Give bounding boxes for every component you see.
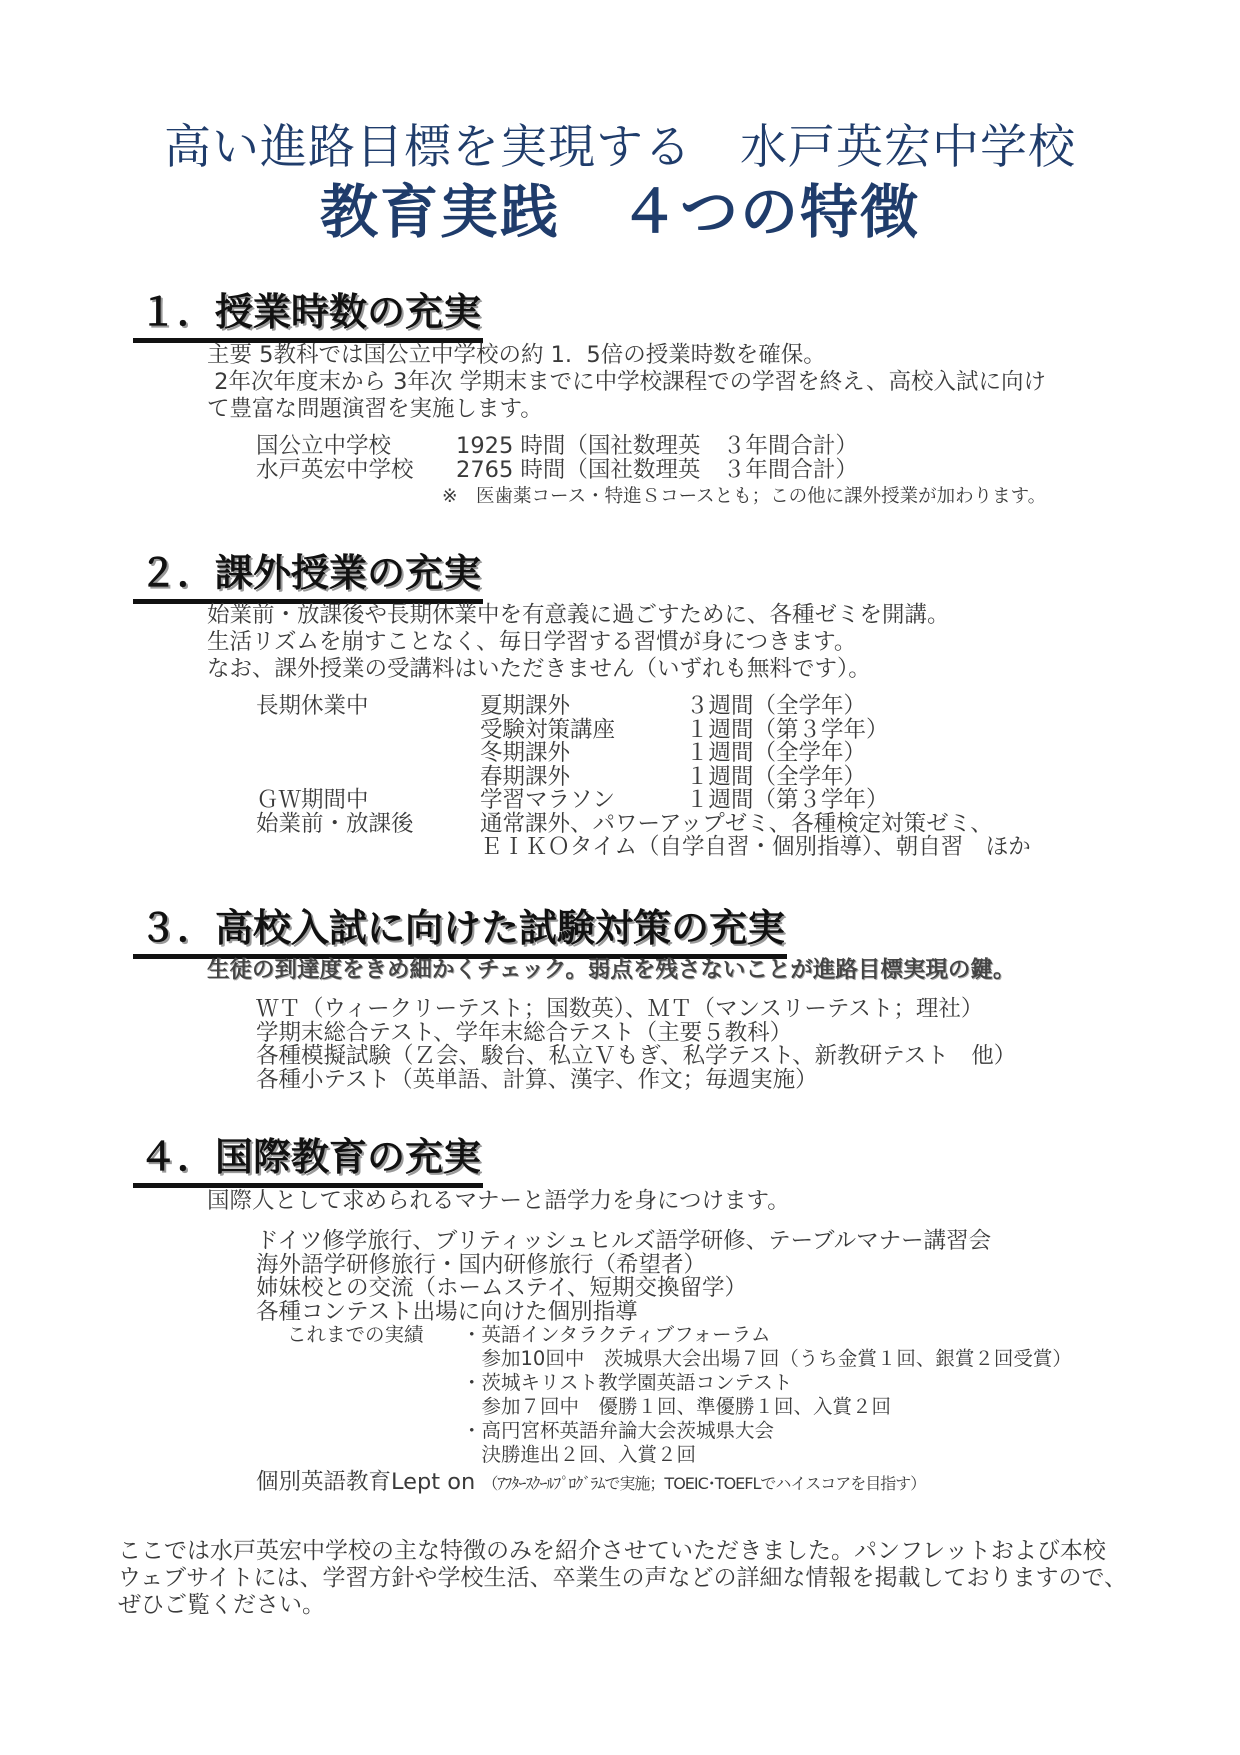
program: ＥＩＫＯタイム（自学自習・個別指導）、朝自習 ほか	[480, 836, 1031, 860]
section-1-lead-3: て豊富な問題演習を実施します。	[207, 397, 543, 422]
section-2-lead-2: 生活リズムを崩すことなく、毎日学習する習慣が身につきます。	[207, 630, 856, 655]
duration: １週間（第３学年）	[686, 719, 889, 743]
period: 始業前・放課後	[256, 813, 480, 837]
period: ＧＷ期間中	[256, 789, 480, 813]
hours-value: 1925 時間（国社数理英 ３年間合計）	[456, 435, 858, 459]
duration: １週間（全学年）	[686, 766, 866, 790]
school-name: 国公立中学校	[256, 435, 456, 459]
extracurricular-schedule: 長期休業中夏期課外３週間（全学年） 受験対策講座１週間（第３学年） 冬期課外１週…	[256, 695, 1031, 860]
schedule-row: 受験対策講座１週間（第３学年）	[256, 719, 1031, 743]
achievements: これまでの実績・英語インタラクティブフォーラム 参加10回中 茨城県大会出場７回…	[287, 1323, 1072, 1467]
achievement-line: 参加７回中 優勝１回、準優勝１回、入賞２回	[462, 1395, 891, 1419]
list-item: 姉妹校との交流（ホームステイ、短期交換留学）	[256, 1277, 991, 1301]
list-item: 各種模擬試験（Ｚ会、駿台、私立Ｖもぎ、私学テスト、新教研テスト 他）	[256, 1045, 1016, 1069]
section-2-lead-3: なお、課外授業の受講料はいただきません（いずれも無料です）。	[207, 657, 871, 682]
section-1-lead-1: 主要 5教科では国公立中学校の約 1. 5倍の授業時数を確保。	[207, 343, 826, 368]
program: 学習マラソン	[480, 789, 686, 813]
test-list: ＷＴ（ウィークリーテスト；国数英）、ＭＴ（マンスリーテスト；理社） 学期末総合テ…	[256, 998, 1016, 1092]
school-name: 水戸英宏中学校	[256, 459, 456, 483]
list-item: 各種コンテスト出場に向けた個別指導	[256, 1301, 991, 1325]
section-4-heading: ４．国際教育の充実	[133, 1133, 483, 1188]
achievement-line: ・英語インタラクティブフォーラム	[462, 1323, 771, 1347]
section-3-heading: ３．高校入試に向けた試験対策の充実	[133, 904, 787, 959]
achievement-line: 決勝進出２回、入賞２回	[462, 1443, 696, 1467]
section-1-note: ※ 医歯薬コース・特進Ｓコースとも；この他に課外授業が加わります。	[442, 484, 1046, 509]
section-1-heading: １．授業時数の充実	[133, 288, 483, 343]
schedule-row: 春期課外１週間（全学年）	[256, 766, 1031, 790]
achievements-label: これまでの実績	[287, 1323, 462, 1347]
schedule-row: 長期休業中夏期課外３週間（全学年）	[256, 695, 1031, 719]
page-title-line2: 教育実践 ４つの特徴	[0, 176, 1240, 248]
lepton-main: 個別英語教育Lept on	[256, 1469, 475, 1495]
section-2-heading: ２．課外授業の充実	[133, 549, 483, 604]
period	[256, 766, 480, 790]
list-item: ＷＴ（ウィークリーテスト；国数英）、ＭＴ（マンスリーテスト；理社）	[256, 998, 1016, 1022]
list-item: 学期末総合テスト、学年末総合テスト（主要５教科）	[256, 1022, 1016, 1046]
section-3-lead: 生徒の到達度をきめ細かくチェック。弱点を残さないことが進路目標実現の鍵。	[207, 958, 1015, 983]
page-title-line1: 高い進路目標を実現する 水戸英宏中学校	[0, 118, 1240, 178]
closing-paragraph: ここでは水戸英宏中学校の主な特徴のみを紹介させていただきました。パンフレットおよ…	[118, 1538, 1128, 1619]
hours-value: 2765 時間（国社数理英 ３年間合計）	[456, 459, 858, 483]
schedule-row: ＥＩＫＯタイム（自学自習・個別指導）、朝自習 ほか	[256, 836, 1031, 860]
period	[256, 836, 480, 860]
period	[256, 742, 480, 766]
program: 通常課外、パワーアップゼミ、各種検定対策ゼミ、	[480, 813, 993, 837]
schedule-row: 始業前・放課後通常課外、パワーアップゼミ、各種検定対策ゼミ、	[256, 813, 1031, 837]
section-2-lead-1: 始業前・放課後や長期休業中を有意義に過ごすために、各種ゼミを開講。	[207, 603, 950, 628]
achievement-line: 参加10回中 茨城県大会出場７回（うち金賞１回、銀賞２回受賞）	[462, 1347, 1072, 1371]
lepton-detail: （ｱﾌﾀｰｽｸｰﾙﾌﾟﾛｸﾞﾗﾑで実施；TOEIC･TOEFLでハイスコアを目指…	[482, 1474, 925, 1493]
duration: ３週間（全学年）	[686, 695, 866, 719]
period	[256, 719, 480, 743]
program: 受験対策講座	[480, 719, 686, 743]
program: 冬期課外	[480, 742, 686, 766]
section-1-lead-2: 2年次年度末から 3年次 学期末までに中学校課程での学習を終え、高校入試に向け	[207, 370, 1046, 395]
achievement-line: ・茨城キリスト教学園英語コンテスト	[462, 1371, 792, 1395]
lepton-line: 個別英語教育Lept on （ｱﾌﾀｰｽｸｰﾙﾌﾟﾛｸﾞﾗﾑで実施；TOEIC･…	[256, 1470, 925, 1496]
program: 春期課外	[480, 766, 686, 790]
list-item: 各種小テスト（英単語、計算、漢字、作文；毎週実施）	[256, 1069, 1016, 1093]
list-item: 海外語学研修旅行・国内研修旅行（希望者）	[256, 1254, 991, 1278]
achievement-line: ・高円宮杯英語弁論大会茨城県大会	[462, 1419, 774, 1443]
section-4-lead: 国際人として求められるマナーと語学力を身につけます。	[207, 1189, 790, 1214]
schedule-row: ＧＷ期間中学習マラソン１週間（第３学年）	[256, 789, 1031, 813]
duration: １週間（全学年）	[686, 742, 866, 766]
comparison-row: 国公立中学校 1925 時間（国社数理英 ３年間合計）	[256, 435, 858, 459]
schedule-row: 冬期課外１週間（全学年）	[256, 742, 1031, 766]
hours-comparison: 国公立中学校 1925 時間（国社数理英 ３年間合計） 水戸英宏中学校 2765…	[256, 435, 858, 482]
list-item: ドイツ修学旅行、ブリティッシュヒルズ語学研修、テーブルマナー講習会	[256, 1230, 991, 1254]
period: 長期休業中	[256, 695, 480, 719]
program: 夏期課外	[480, 695, 686, 719]
international-list: ドイツ修学旅行、ブリティッシュヒルズ語学研修、テーブルマナー講習会 海外語学研修…	[256, 1230, 991, 1324]
comparison-row: 水戸英宏中学校 2765 時間（国社数理英 ３年間合計）	[256, 459, 858, 483]
duration: １週間（第３学年）	[686, 789, 889, 813]
